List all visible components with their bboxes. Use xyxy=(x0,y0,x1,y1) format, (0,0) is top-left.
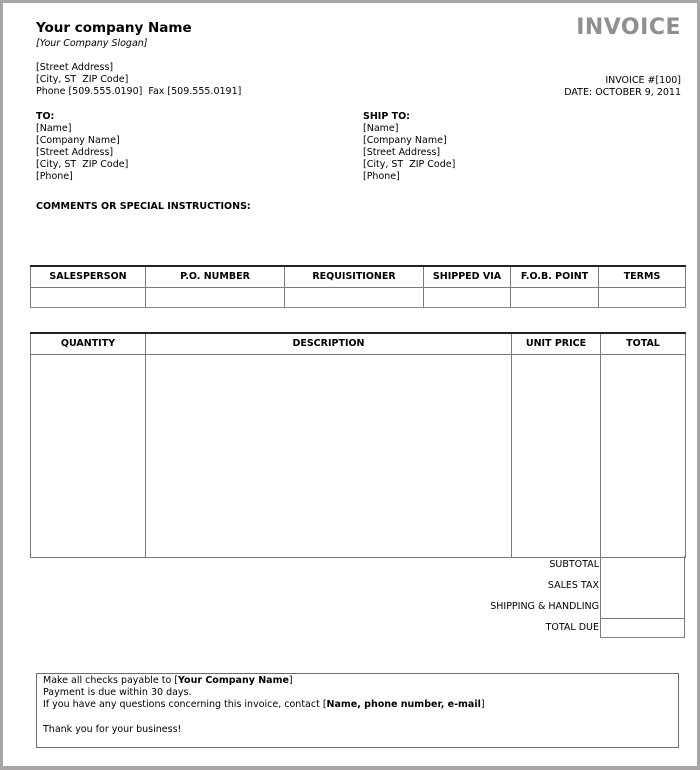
bill-to-street: [Street Address] xyxy=(36,147,128,159)
header-po-number: P.O. NUMBER xyxy=(146,266,285,287)
sales-tax-label: SALES TAX xyxy=(548,580,599,591)
payable-to-suffix: ] xyxy=(289,675,293,686)
header-total: TOTAL xyxy=(601,333,686,354)
ship-to-heading: SHIP TO: xyxy=(363,111,455,123)
header-requisitioner: REQUISITIONER xyxy=(285,266,424,287)
shipped-via-cell[interactable] xyxy=(424,287,511,307)
company-phone-fax: Phone [509.555.0190] Fax [509.555.0191] xyxy=(36,86,241,98)
ship-to-block: SHIP TO: [Name] [Company Name] [Street A… xyxy=(363,111,455,183)
bill-to-phone: [Phone] xyxy=(36,171,128,183)
line-items-header-row: QUANTITY DESCRIPTION UNIT PRICE TOTAL xyxy=(31,333,686,354)
bill-to-name: [Name] xyxy=(36,123,128,135)
company-address: [Street Address] [City, ST ZIP Code] Pho… xyxy=(36,62,241,98)
shipping-row: SHIPPING & HANDLING xyxy=(443,598,685,619)
contact-prefix: If you have any questions concerning thi… xyxy=(43,699,327,710)
bill-to-block: TO: [Name] [Company Name] [Street Addres… xyxy=(36,111,128,183)
total-column[interactable] xyxy=(601,354,686,557)
header-quantity: QUANTITY xyxy=(31,333,146,354)
shipping-label: SHIPPING & HANDLING xyxy=(490,601,599,612)
description-column[interactable] xyxy=(146,354,512,557)
invoice-date: DATE: OCTOBER 9, 2011 xyxy=(564,87,681,99)
header-terms: TERMS xyxy=(599,266,686,287)
quantity-column[interactable] xyxy=(31,354,146,557)
company-name: Your company Name xyxy=(36,20,192,36)
ship-to-name: [Name] xyxy=(363,123,455,135)
header-fob-point: F.O.B. POINT xyxy=(511,266,599,287)
unit-price-column[interactable] xyxy=(512,354,601,557)
bill-to-heading: TO: xyxy=(36,111,128,123)
subtotal-row: SUBTOTAL xyxy=(443,556,685,577)
sales-tax-row: SALES TAX xyxy=(443,577,685,598)
payable-to-line: Make all checks payable to [Your Company… xyxy=(43,675,672,687)
invoice-meta: INVOICE #[100] DATE: OCTOBER 9, 2011 xyxy=(564,75,681,99)
total-due-label: TOTAL DUE xyxy=(546,622,599,633)
ship-to-phone: [Phone] xyxy=(363,171,455,183)
payment-terms-line: Payment is due within 30 days. xyxy=(43,687,672,699)
terms-cell[interactable] xyxy=(599,287,686,307)
header-description: DESCRIPTION xyxy=(146,333,512,354)
invoice-number: INVOICE #[100] xyxy=(564,75,681,87)
line-items-body xyxy=(31,354,686,557)
ship-to-street: [Street Address] xyxy=(363,147,455,159)
bill-to-company: [Company Name] xyxy=(36,135,128,147)
po-number-cell[interactable] xyxy=(146,287,285,307)
contact-details: Name, phone number, e-mail xyxy=(327,699,481,710)
header-unit-price: UNIT PRICE xyxy=(512,333,601,354)
company-street: [Street Address] xyxy=(36,62,241,74)
total-due-row: TOTAL DUE xyxy=(443,619,685,640)
contact-suffix: ] xyxy=(481,699,485,710)
company-slogan: [Your Company Slogan] xyxy=(36,38,148,49)
ship-to-city: [City, ST ZIP Code] xyxy=(363,159,455,171)
payable-to-company: Your Company Name xyxy=(178,675,289,686)
order-info-row xyxy=(31,287,686,307)
payable-to-prefix: Make all checks payable to [ xyxy=(43,675,178,686)
ship-to-company: [Company Name] xyxy=(363,135,455,147)
totals-section: SUBTOTAL SALES TAX SHIPPING & HANDLING T… xyxy=(443,556,685,640)
subtotal-label: SUBTOTAL xyxy=(549,559,599,570)
line-items-table: QUANTITY DESCRIPTION UNIT PRICE TOTAL xyxy=(30,332,686,558)
company-city: [City, ST ZIP Code] xyxy=(36,74,241,86)
header-shipped-via: SHIPPED VIA xyxy=(424,266,511,287)
payment-notes-box: Make all checks payable to [Your Company… xyxy=(36,673,679,748)
order-info-header-row: SALESPERSON P.O. NUMBER REQUISITIONER SH… xyxy=(31,266,686,287)
fob-point-cell[interactable] xyxy=(511,287,599,307)
requisitioner-cell[interactable] xyxy=(285,287,424,307)
header-salesperson: SALESPERSON xyxy=(31,266,146,287)
order-info-table: SALESPERSON P.O. NUMBER REQUISITIONER SH… xyxy=(30,265,686,308)
salesperson-cell[interactable] xyxy=(31,287,146,307)
contact-line: If you have any questions concerning thi… xyxy=(43,699,672,711)
comments-label: COMMENTS OR SPECIAL INSTRUCTIONS: xyxy=(36,201,251,212)
bill-to-city: [City, ST ZIP Code] xyxy=(36,159,128,171)
invoice-title: INVOICE xyxy=(576,15,681,40)
invoice-page: Your company Name [Your Company Slogan] … xyxy=(3,3,697,766)
thank-you-line: Thank you for your business! xyxy=(43,724,672,736)
spacer xyxy=(43,712,672,724)
